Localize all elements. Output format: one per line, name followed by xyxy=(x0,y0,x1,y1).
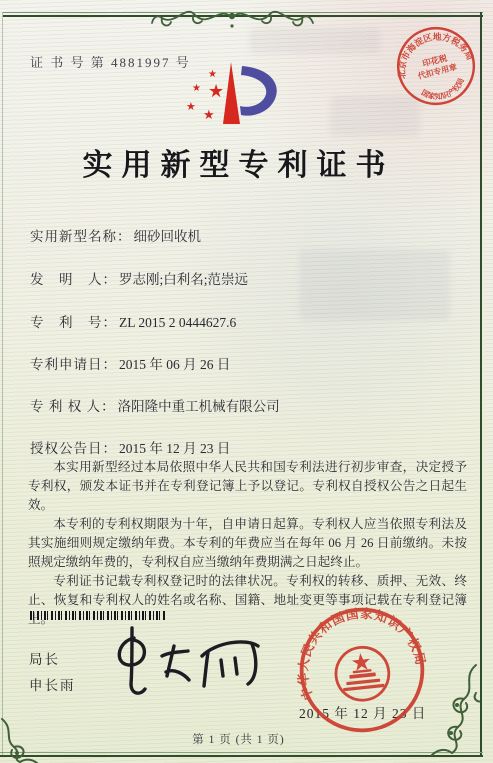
frame-border-bottom-thin xyxy=(0,752,483,753)
field-value: 洛阳隆中重工机械有限公司 xyxy=(118,399,280,414)
field-row-filing-date: 专利申请日：2015 年 06 月 26 日 xyxy=(30,353,465,373)
barcode xyxy=(30,611,166,620)
field-label: 实用新型名称： xyxy=(30,229,132,244)
field-label: 专利申请日： xyxy=(30,357,117,372)
legal-paragraph-1: 本实用新型经过本局依照中华人民共和国专利法进行初步审查，决定授予专利权，颁发本证… xyxy=(28,458,467,515)
frame-border-right xyxy=(480,12,482,756)
frame-border-bottom xyxy=(0,755,483,757)
logo-star-icon: ★ xyxy=(203,108,215,121)
director-signature xyxy=(104,624,264,702)
field-row-inventors: 发 明 人：罗志刚;白利名;范崇远 xyxy=(30,268,465,288)
field-value: 2015 年 06 月 26 日 xyxy=(119,357,230,372)
field-value: 细砂回收机 xyxy=(134,229,202,244)
field-row-grant-date: 授权公告日：2015 年 12 月 23 日 xyxy=(30,437,465,457)
certificate-title: 实用新型专利证书 xyxy=(0,140,477,184)
field-row-patentee: 专 利 权 人：洛阳隆中重工机械有限公司 xyxy=(30,395,465,415)
logo-star-icon: ★ xyxy=(192,84,201,94)
field-label: 专 利 号： xyxy=(30,315,117,330)
page-number: 第 1 页 (共 1 页) xyxy=(0,731,477,747)
director-title-label: 局长 xyxy=(29,648,60,668)
national-emblem-icon xyxy=(333,645,391,703)
patent-certificate-scan: 证 书 号 第 4881997 号 ★ ★ ★ ★ ★ 实用新型专利证书 北京市… xyxy=(0,0,493,763)
logo-star-icon: ★ xyxy=(186,102,196,113)
top-scroll-ornament-icon xyxy=(150,0,315,36)
field-label: 专 利 权 人： xyxy=(30,399,116,414)
logo-star-icon: ★ xyxy=(208,82,224,100)
frame-border-left xyxy=(2,12,3,756)
field-value: ZL 2015 2 0444627.6 xyxy=(119,315,236,330)
sipo-office-seal: 中华人民共和国国家知识产权局 xyxy=(289,597,434,742)
field-label: 授权公告日： xyxy=(30,441,117,456)
field-row-invention-name: 实用新型名称：细砂回收机 xyxy=(30,225,465,245)
field-value: 2015 年 12 月 23 日 xyxy=(119,441,230,456)
field-row-patent-number: 专 利 号：ZL 2015 2 0444627.6 xyxy=(30,311,465,331)
certificate-number: 证 书 号 第 4881997 号 xyxy=(30,52,191,71)
logo-p-mark-icon xyxy=(178,58,288,132)
field-value: 罗志刚;白利名;范崇远 xyxy=(119,272,248,287)
logo-star-icon: ★ xyxy=(208,70,217,80)
field-label: 发 明 人： xyxy=(30,272,117,287)
director-name: 申长雨 xyxy=(29,674,76,694)
sipo-logo: ★ ★ ★ ★ ★ xyxy=(178,58,288,132)
legal-paragraph-2: 本专利的专利权期限为十年，自申请日起算。专利权人应当依照专利法及其实施细则规定缴… xyxy=(28,515,467,572)
